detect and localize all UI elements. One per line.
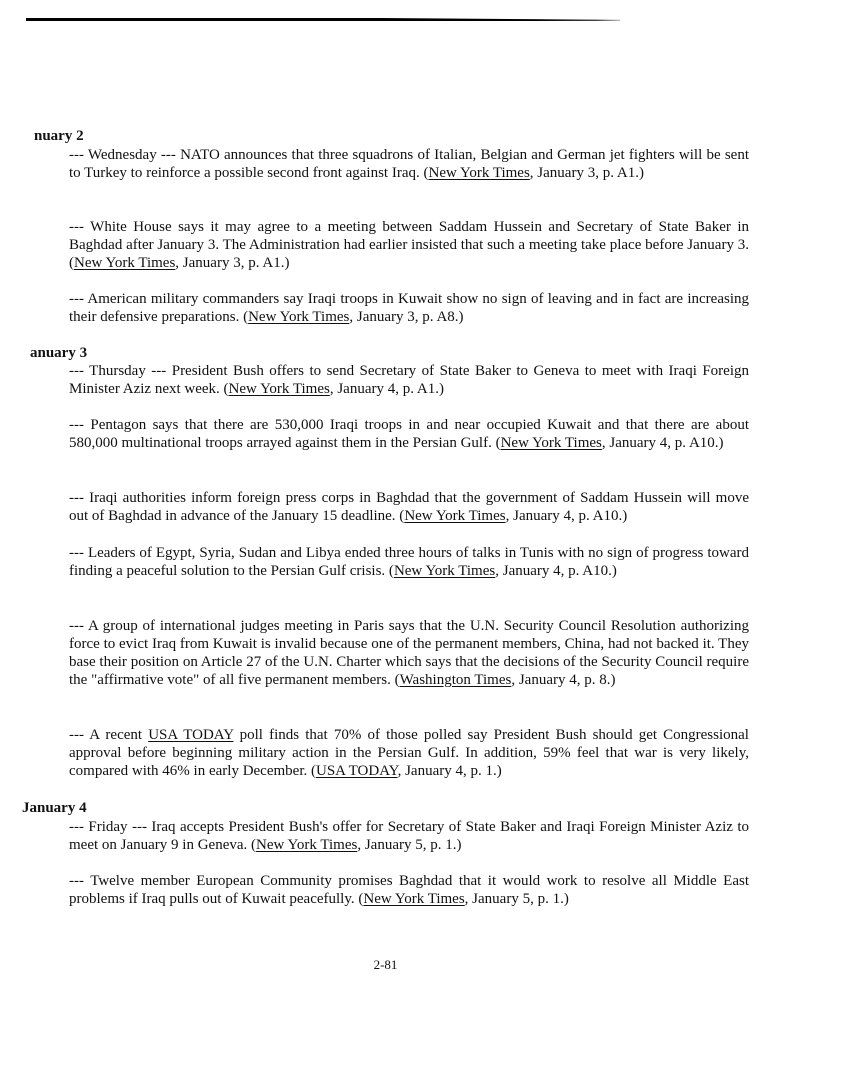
entry: --- Thursday --- President Bush offers t…	[69, 362, 749, 398]
entry: --- Friday --- Iraq accepts President Bu…	[69, 818, 749, 854]
source-citation: New York Times	[501, 435, 602, 451]
entry: --- American military commanders say Ira…	[69, 290, 749, 326]
source-citation: USA TODAY	[316, 763, 398, 779]
day-heading-january-4: January 4	[22, 799, 87, 817]
citation-details: , January 4, p. A10.)	[602, 435, 724, 451]
source-citation: New York Times	[394, 563, 495, 579]
source-citation: New York Times	[248, 309, 349, 325]
citation-details: , January 4, p. A10.)	[495, 563, 617, 579]
source-citation: New York Times	[74, 255, 175, 271]
entry: --- Wednesday --- NATO announces that th…	[69, 146, 749, 182]
source-citation: Washington Times	[400, 672, 512, 688]
entry: --- A recent USA TODAY poll finds that 7…	[69, 726, 749, 780]
source-citation: New York Times	[256, 837, 357, 853]
day-heading-january-3: anuary 3	[30, 344, 87, 362]
source-citation: New York Times	[229, 381, 330, 397]
source-citation: New York Times	[404, 508, 505, 524]
citation-details: , January 4, p. 1.)	[398, 763, 502, 779]
citation-details: , January 4, p. 8.)	[511, 672, 615, 688]
citation-details: , January 4, p. A1.)	[330, 381, 444, 397]
header-rule-taper	[380, 18, 620, 21]
page-number: 2-81	[0, 957, 771, 973]
citation-details: , January 3, p. A1.)	[175, 255, 289, 271]
day-heading-january-2: nuary 2	[34, 127, 84, 145]
citation-details: , January 3, p. A8.)	[349, 309, 463, 325]
entry-text: --- Wednesday --- NATO announces that th…	[69, 147, 749, 181]
citation-details: , January 3, p. A1.)	[530, 165, 644, 181]
header-rule	[26, 18, 382, 21]
inline-source: USA TODAY	[148, 727, 233, 743]
entry: --- Twelve member European Community pro…	[69, 872, 749, 908]
entry-text: --- A recent	[69, 727, 148, 743]
source-citation: New York Times	[363, 891, 464, 907]
entry: --- A group of international judges meet…	[69, 617, 749, 689]
entry: --- Pentagon says that there are 530,000…	[69, 416, 749, 452]
entry: --- Iraqi authorities inform foreign pre…	[69, 489, 749, 525]
citation-details: , January 4, p. A10.)	[506, 508, 628, 524]
citation-details: , January 5, p. 1.)	[357, 837, 461, 853]
citation-details: , January 5, p. 1.)	[465, 891, 569, 907]
entry: --- Leaders of Egypt, Syria, Sudan and L…	[69, 544, 749, 580]
entry: --- White House says it may agree to a m…	[69, 218, 749, 272]
source-citation: New York Times	[429, 165, 530, 181]
